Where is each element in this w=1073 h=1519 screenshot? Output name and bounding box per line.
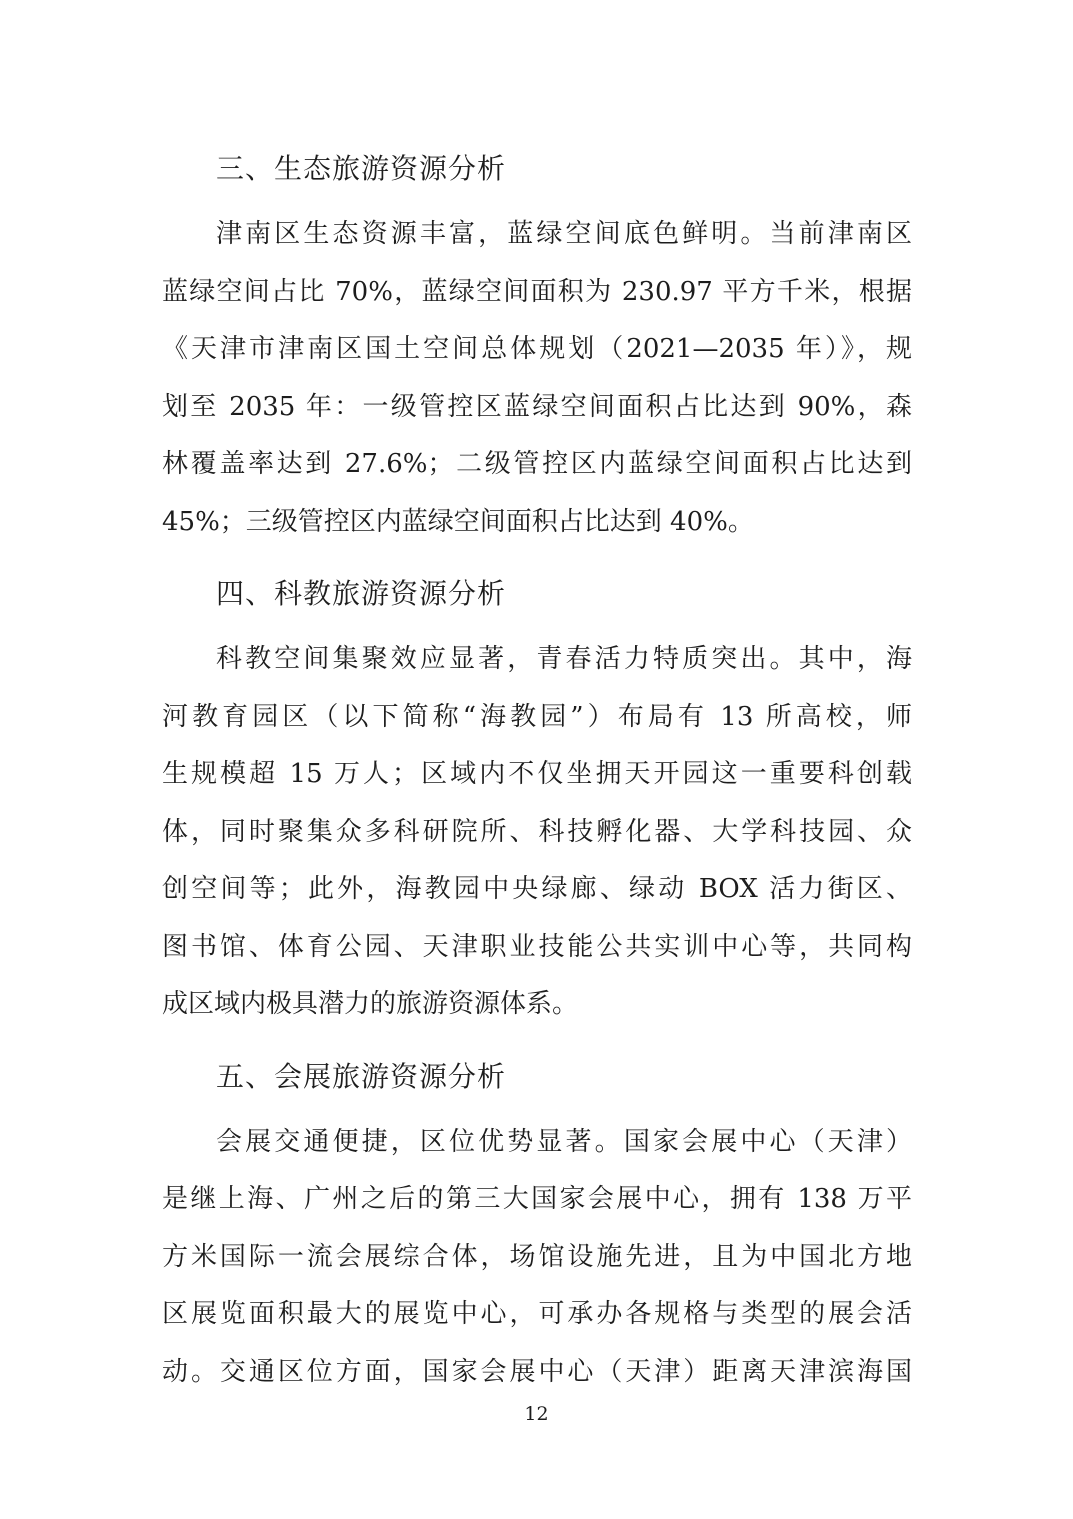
text-line: 林覆盖率达到 27.6%；二级管控区内蓝绿空间面积占比达到 (162, 436, 912, 494)
document-content: 三、生态旅游资源分析 津南区生态资源丰富，蓝绿空间底色鲜明。当前津南区 蓝绿空间… (162, 140, 912, 1401)
section-heading: 三、生态旅游资源分析 (162, 140, 912, 198)
text-line: 蓝绿空间占比 70%，蓝绿空间面积为 230.97 平方千米，根据 (162, 264, 912, 322)
text-line: 方米国际一流会展综合体，场馆设施先进，且为中国北方地 (162, 1229, 912, 1287)
text-line: 成区域内极具潜力的旅游资源体系。 (162, 976, 912, 1034)
text-line: 体，同时聚集众多科研院所、科技孵化器、大学科技园、众 (162, 804, 912, 862)
text-line: 生规模超 15 万人；区域内不仅坐拥天开园这一重要科创载 (162, 746, 912, 804)
document-page: 三、生态旅游资源分析 津南区生态资源丰富，蓝绿空间底色鲜明。当前津南区 蓝绿空间… (0, 0, 1073, 1519)
text-line: 《天津市津南区国土空间总体规划（2021—2035 年）》，规 (162, 321, 912, 379)
section-science-education: 四、科教旅游资源分析 科教空间集聚效应显著，青春活力特质突出。其中，海 河教育园… (162, 565, 912, 1034)
section-heading: 五、会展旅游资源分析 (162, 1048, 912, 1106)
text-line: 划至 2035 年：一级管控区蓝绿空间面积占比达到 90%，森 (162, 379, 912, 437)
text-line: 图书馆、体育公园、天津职业技能公共实训中心等，共同构 (162, 919, 912, 977)
text-line: 区展览面积最大的展览中心，可承办各规格与类型的展会活 (162, 1286, 912, 1344)
section-exhibition: 五、会展旅游资源分析 会展交通便捷，区位优势显著。国家会展中心（天津） 是继上海… (162, 1048, 912, 1402)
text-line: 会展交通便捷，区位优势显著。国家会展中心（天津） (162, 1114, 912, 1172)
text-line: 45%；三级管控区内蓝绿空间面积占比达到 40%。 (162, 494, 912, 552)
text-line: 河教育园区（以下简称“海教园”）布局有 13 所高校，师 (162, 689, 912, 747)
text-line: 科教空间集聚效应显著，青春活力特质突出。其中，海 (162, 631, 912, 689)
text-line: 是继上海、广州之后的第三大国家会展中心，拥有 138 万平 (162, 1171, 912, 1229)
section-ecotourism: 三、生态旅游资源分析 津南区生态资源丰富，蓝绿空间底色鲜明。当前津南区 蓝绿空间… (162, 140, 912, 551)
section-heading: 四、科教旅游资源分析 (162, 565, 912, 623)
text-line: 津南区生态资源丰富，蓝绿空间底色鲜明。当前津南区 (162, 206, 912, 264)
text-line: 动。交通区位方面，国家会展中心（天津）距离天津滨海国 (162, 1344, 912, 1402)
text-line: 创空间等；此外，海教园中央绿廊、绿动 BOX 活力街区、 (162, 861, 912, 919)
page-number: 12 (0, 1403, 1073, 1425)
